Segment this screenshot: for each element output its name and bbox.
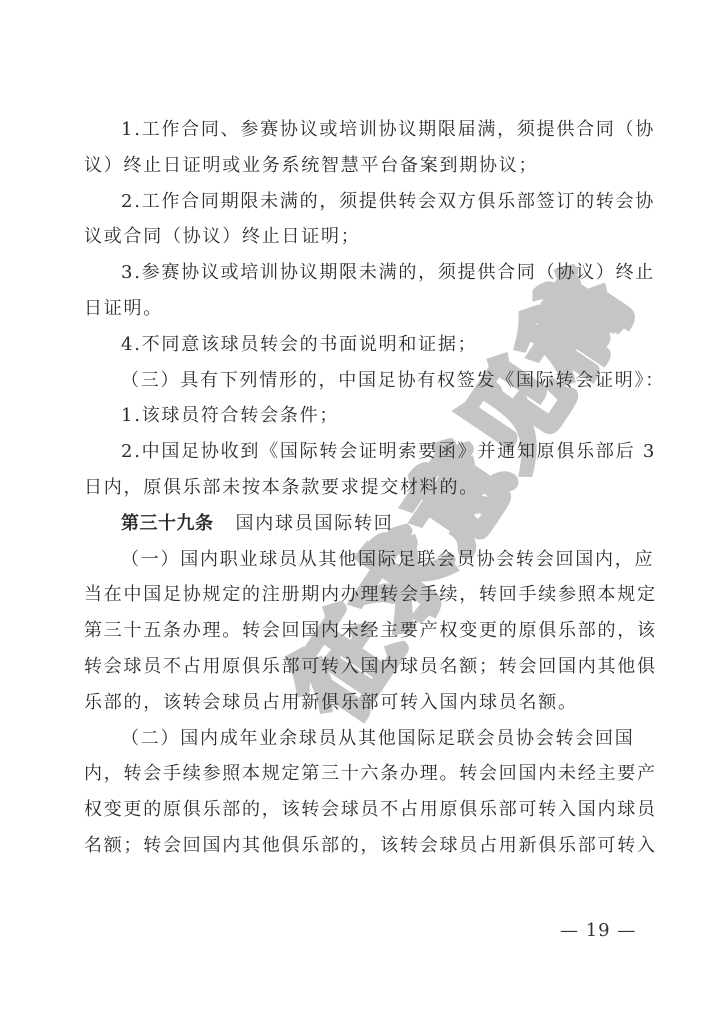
paragraph-line: 4.不同意该球员转会的书面说明和证据；: [84, 327, 640, 363]
paragraph-line: 乐部的，该转会球员占用新俱乐部可转入国内球员名额。: [84, 685, 640, 721]
paragraph-line: 2.工作合同期限未满的，须提供转会双方俱乐部签订的转会协: [84, 184, 640, 220]
paragraph-line: 转会球员不占用原俱乐部可转入国内球员名额；转会回国内其他俱: [84, 649, 640, 685]
paragraph-line: 议）终止日证明或业务系统智慧平台备案到期协议；: [84, 148, 640, 184]
paragraph-line: 第三十五条办理。转会回国内未经主要产权变更的原俱乐部的，该: [84, 613, 640, 649]
section-heading-line: （三）具有下列情形的，中国足协有权签发《国际转会证明》：: [84, 363, 640, 399]
paragraph-line: 议或合同（协议）终止日证明；: [84, 219, 640, 255]
paragraph-line: 日证明。: [84, 291, 640, 327]
article-number: 第三十九条: [121, 513, 214, 534]
article-heading-line: 第三十九条国内球员国际转回: [84, 506, 640, 542]
article-title: 国内球员国际转回: [236, 513, 394, 534]
paragraph-line: 1.该球员符合转会条件；: [84, 398, 640, 434]
page-number: — 19 —: [560, 920, 636, 941]
paragraph-line: 1.工作合同、参赛协议或培训协议期限届满，须提供合同（协: [84, 112, 640, 148]
document-page: 征求意见稿 1.工作合同、参赛协议或培训协议期限届满，须提供合同（协 议）终止日…: [0, 0, 720, 1018]
paragraph-line: （二）国内成年业余球员从其他国际足联会员协会转会回国: [84, 721, 640, 757]
document-body: 1.工作合同、参赛协议或培训协议期限届满，须提供合同（协 议）终止日证明或业务系…: [84, 112, 640, 864]
paragraph-line: 2.中国足协收到《国际转会证明索要函》并通知原俱乐部后 3: [84, 434, 640, 470]
paragraph-line: 3.参赛协议或培训协议期限未满的，须提供合同（协议）终止: [84, 255, 640, 291]
paragraph-line: 内，转会手续参照本规定第三十六条办理。转会回国内未经主要产: [84, 756, 640, 792]
paragraph-line: 日内，原俱乐部未按本条款要求提交材料的。: [84, 470, 640, 506]
paragraph-line: 名额；转会回国内其他俱乐部的，该转会球员占用新俱乐部可转入: [84, 828, 640, 864]
paragraph-line: （一）国内职业球员从其他国际足联会员协会转会回国内，应: [84, 542, 640, 578]
paragraph-line: 权变更的原俱乐部的，该转会球员不占用原俱乐部可转入国内球员: [84, 792, 640, 828]
paragraph-line: 当在中国足协规定的注册期内办理转会手续，转回手续参照本规定: [84, 577, 640, 613]
